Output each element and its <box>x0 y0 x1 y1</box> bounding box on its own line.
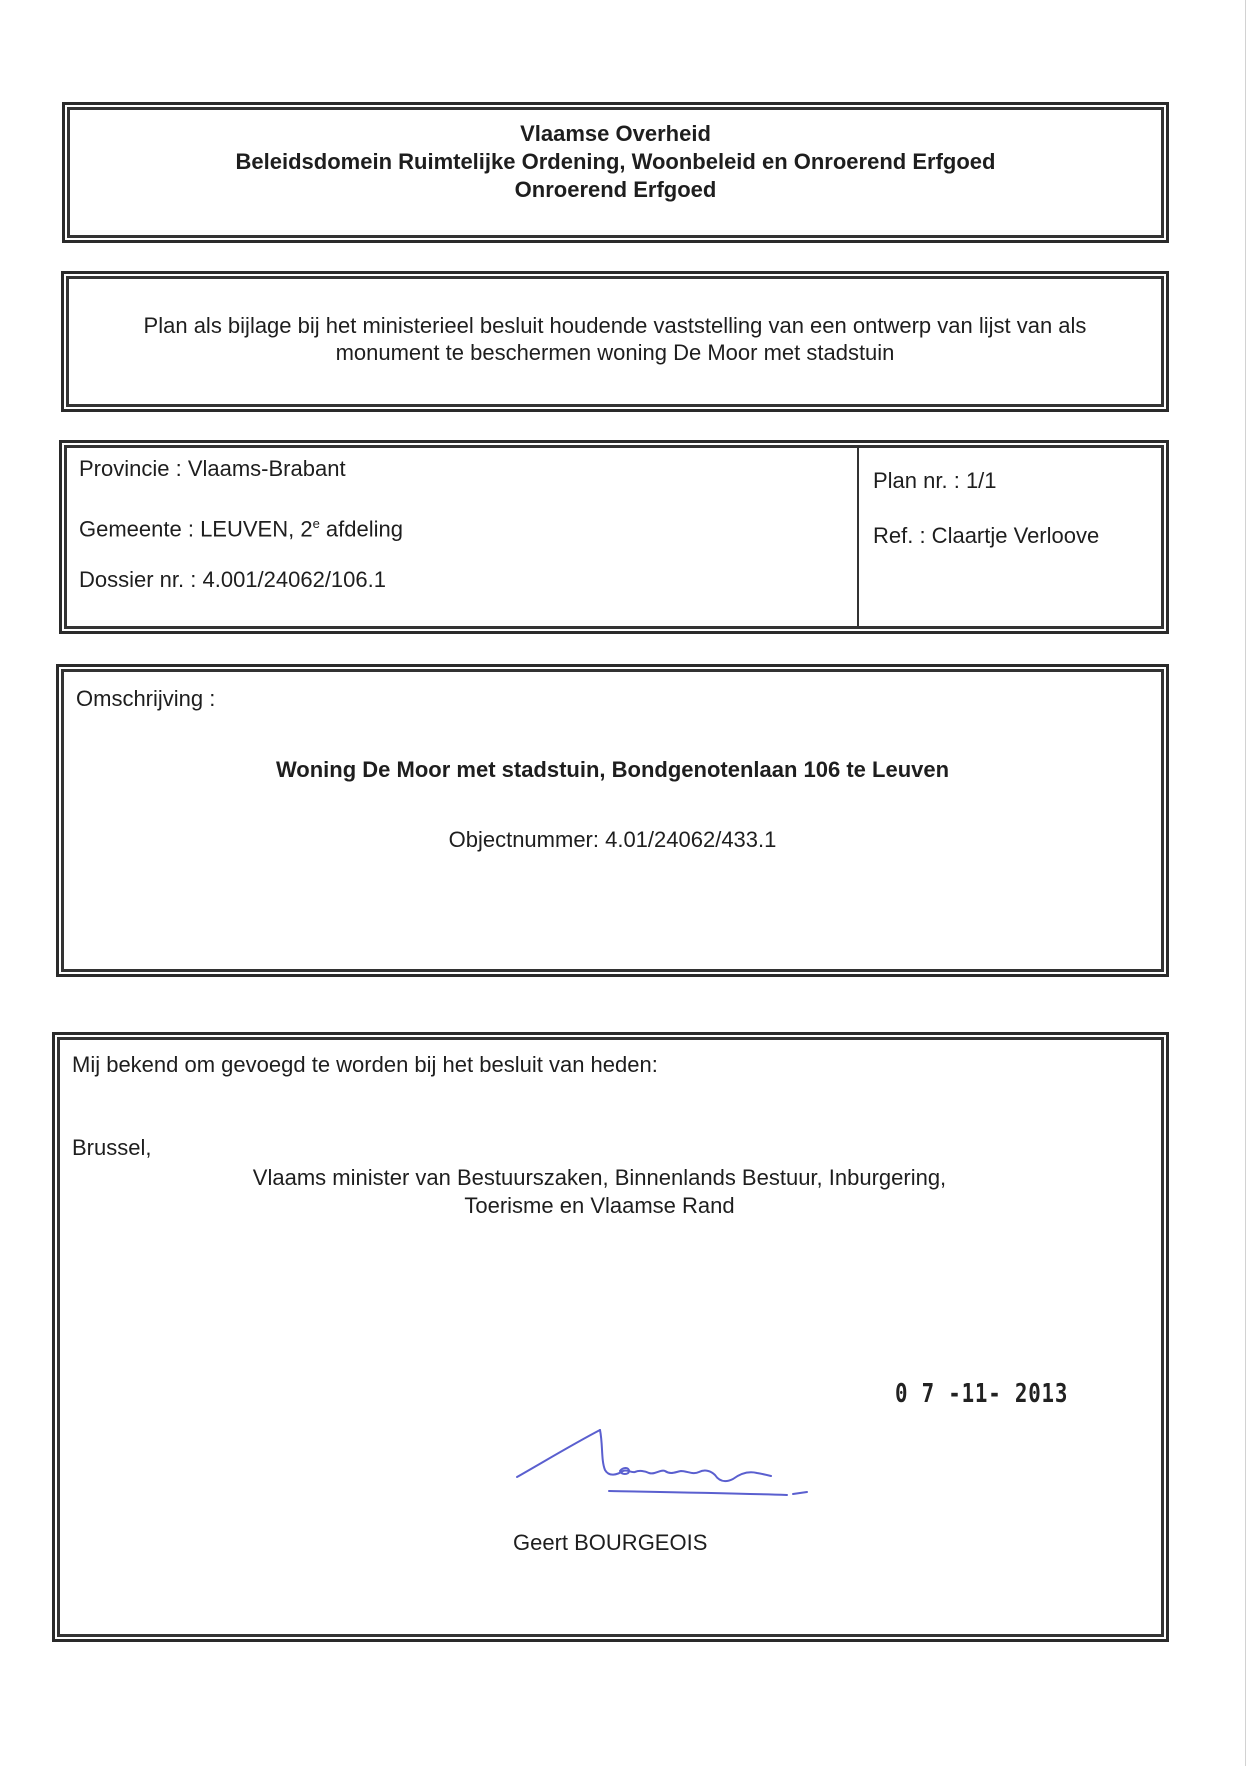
approval-place: Brussel, <box>72 1135 151 1161</box>
plan-description-line-2: monument te beschermen woning De Moor me… <box>69 340 1161 366</box>
description-label: Omschrijving : <box>76 686 215 712</box>
page-edge-line <box>1245 0 1246 1766</box>
gemeente-superscript: e <box>313 516 320 531</box>
plan-number-field: Plan nr. : 1/1 <box>873 468 997 494</box>
gemeente-field: Gemeente : LEUVEN, 2e afdeling <box>79 511 403 542</box>
signatory-name: Geert BOURGEOIS <box>513 1530 707 1556</box>
object-title: Woning De Moor met stadstuin, Bondgenote… <box>64 757 1161 783</box>
header-line-2: Beleidsdomein Ruimtelijke Ordening, Woon… <box>70 148 1161 176</box>
provincie-field: Provincie : Vlaams-Brabant <box>79 456 346 482</box>
header-line-1: Vlaamse Overheid <box>70 120 1161 148</box>
reference-field: Ref. : Claartje Verloove <box>873 523 1099 549</box>
approval-box: Mij bekend om gevoegd te worden bij het … <box>52 1032 1169 1642</box>
approval-statement: Mij bekend om gevoegd te worden bij het … <box>72 1052 658 1078</box>
header-box: Vlaamse Overheid Beleidsdomein Ruimtelij… <box>62 102 1169 243</box>
description-box: Omschrijving : Woning De Moor met stadst… <box>56 664 1169 977</box>
date-stamp: 0 7 -11- 2013 <box>895 1379 1068 1409</box>
minister-title-line-2: Toerisme en Vlaamse Rand <box>60 1193 1139 1219</box>
details-box: Provincie : Vlaams-Brabant Gemeente : LE… <box>59 440 1169 634</box>
column-divider <box>857 448 859 626</box>
header-line-3: Onroerend Erfgoed <box>70 176 1161 204</box>
gemeente-prefix: Gemeente : LEUVEN, 2 <box>79 516 313 541</box>
plan-description-box: Plan als bijlage bij het ministerieel be… <box>61 271 1169 412</box>
dossier-field: Dossier nr. : 4.001/24062/106.1 <box>79 567 386 593</box>
object-number: Objectnummer: 4.01/24062/433.1 <box>64 827 1161 853</box>
plan-description-line-1: Plan als bijlage bij het ministerieel be… <box>69 313 1161 339</box>
gemeente-suffix: afdeling <box>320 516 403 541</box>
minister-title-line-1: Vlaams minister van Bestuurszaken, Binne… <box>60 1165 1139 1191</box>
signature <box>505 1425 825 1505</box>
